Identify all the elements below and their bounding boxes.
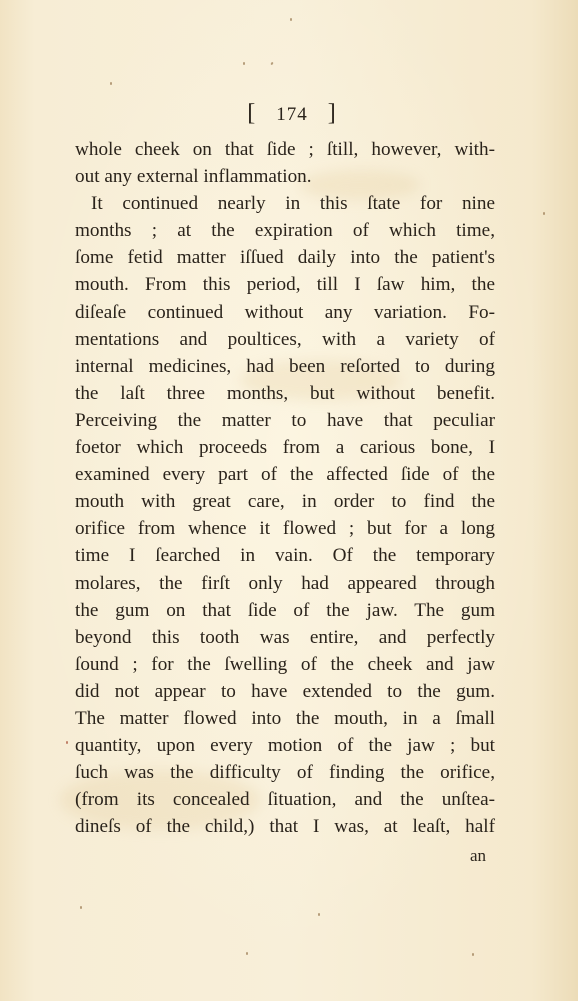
text-line: mouth with great care, in order to find … [75, 488, 495, 515]
text-line: months ; at the expiration of which time… [75, 217, 495, 244]
paper-speck [543, 212, 545, 215]
text-line: orifice from whence it flowed ; but for … [75, 515, 495, 542]
text-line: ſome fetid matter iſſued daily into the … [75, 244, 495, 271]
text-line: Perceiving the matter to have that pecul… [75, 407, 495, 434]
text-line: internal medicines, had been reſorted to… [75, 353, 495, 380]
text-line: The matter flowed into the mouth, in a ſ… [75, 705, 495, 732]
book-page: [174] whole cheek on that ſide ; ſtill, … [0, 0, 578, 1001]
page-number-value: 174 [276, 104, 308, 125]
text-line: time I ſearched in vain. Of the temporar… [75, 542, 495, 569]
page-number-left-bracket: [ [247, 100, 256, 126]
paper-speck [110, 82, 112, 85]
text-line: mouth. From this period, till I ſaw him,… [75, 271, 495, 298]
paper-speck [80, 906, 82, 909]
paper-speck [246, 952, 248, 955]
text-line: quantity, upon every motion of the jaw ;… [75, 732, 495, 759]
text-line: the gum on that ſide of the jaw. The gum [75, 597, 495, 624]
text-line: It continued nearly in this ſtate for ni… [75, 190, 495, 217]
text-line: foetor which proceeds from a carious bon… [75, 434, 495, 461]
paper-speck [318, 913, 320, 916]
paper-speck [290, 18, 292, 21]
text-line: ſound ; for the ſwelling of the cheek an… [75, 651, 495, 678]
text-line: whole cheek on that ſide ; ſtill, howeve… [75, 136, 495, 163]
text-line: the laſt three months, but without benef… [75, 380, 495, 407]
paper-speck [66, 741, 68, 744]
paper-speck [270, 62, 273, 66]
text-line: beyond this tooth was entire, and perfec… [75, 624, 495, 651]
text-line: diſeaſe continued without any variation.… [75, 299, 495, 326]
text-line: did not appear to have extended to the g… [75, 678, 495, 705]
text-line: mentations and poultices, with a variety… [75, 326, 495, 353]
paper-speck [472, 953, 474, 956]
text-line: molares, the firſt only had appeared thr… [75, 570, 495, 597]
text-line: examined every part of the affected ſide… [75, 461, 495, 488]
page-number: [174] [0, 100, 578, 127]
text-line: dineſs of the child,) that I was, at lea… [75, 813, 495, 840]
paper-speck [243, 62, 245, 65]
text-line: (from its concealed ſituation, and the u… [75, 786, 495, 813]
text-line: ſuch was the difficulty of finding the o… [75, 759, 495, 786]
text-line: out any external inflammation. [75, 163, 495, 190]
page-number-right-bracket: ] [328, 100, 337, 126]
catchword: an [470, 846, 486, 866]
body-text: whole cheek on that ſide ; ſtill, howeve… [75, 136, 495, 840]
